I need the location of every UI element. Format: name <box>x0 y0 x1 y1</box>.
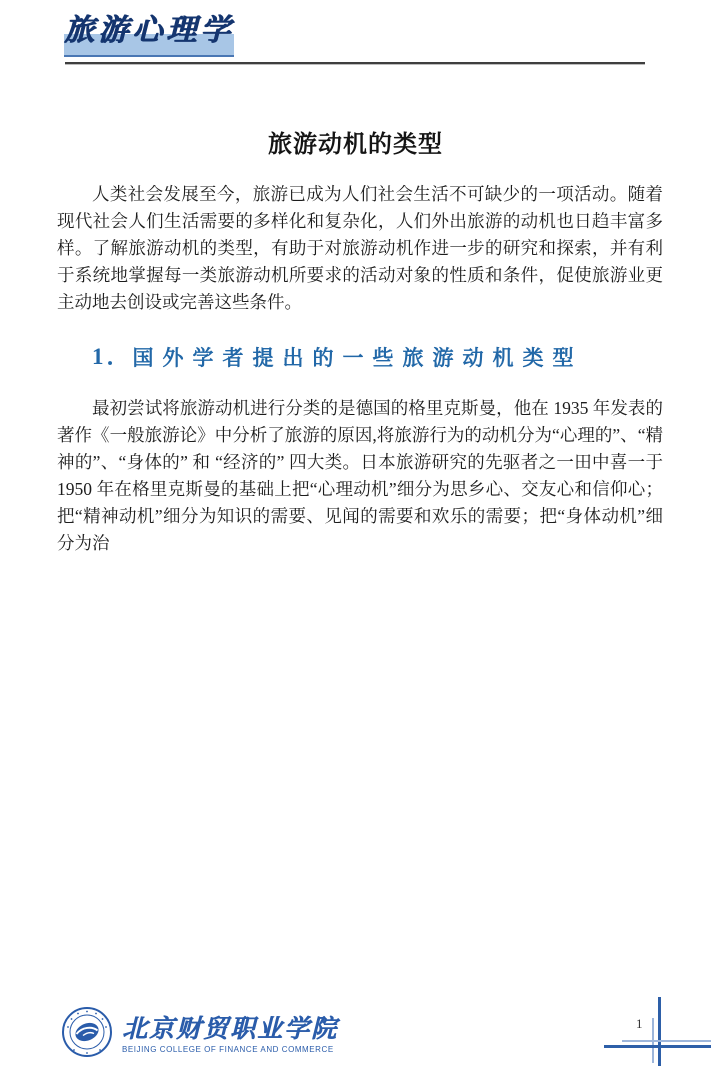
page-title: 旅游动机的类型 <box>0 124 711 159</box>
section-heading: 1．国外学者提出的一些旅游动机类型 <box>92 338 583 372</box>
section-number: 1． <box>92 344 133 369</box>
intro-paragraph: 人类社会发展至今，旅游已成为人们社会生活不可缺少的一项活动。随着现代社会人们生活… <box>57 181 663 316</box>
college-name-en: BEIJING COLLEGE OF FINANCE AND COMMERCE <box>122 1045 338 1054</box>
header-divider <box>65 62 645 65</box>
brand-title: 旅游心理学 <box>64 12 234 50</box>
decor-horizontal-light-line <box>622 1040 711 1042</box>
college-seal-icon <box>61 1006 113 1063</box>
footer-logo: 北京财贸职业学院 BEIJING COLLEGE OF FINANCE AND … <box>61 1006 338 1063</box>
college-name-block: 北京财贸职业学院 BEIJING COLLEGE OF FINANCE AND … <box>122 1015 338 1055</box>
page-number: 1 <box>636 1016 643 1032</box>
section-title: 国外学者提出的一些旅游动机类型 <box>133 345 583 370</box>
body-paragraph: 最初尝试将旅游动机进行分类的是德国的格里克斯曼，他在 1935 年发表的著作《一… <box>57 395 663 557</box>
college-name-cn: 北京财贸职业学院 <box>122 1015 338 1043</box>
decor-horizontal-dark-line <box>604 1045 711 1048</box>
document-page: 旅游心理学 旅游动机的类型 人类社会发展至今，旅游已成为人们社会生活不可缺少的一… <box>0 0 711 1066</box>
decor-vertical-dark-line <box>658 997 661 1066</box>
header-brand: 旅游心理学 <box>64 12 234 50</box>
